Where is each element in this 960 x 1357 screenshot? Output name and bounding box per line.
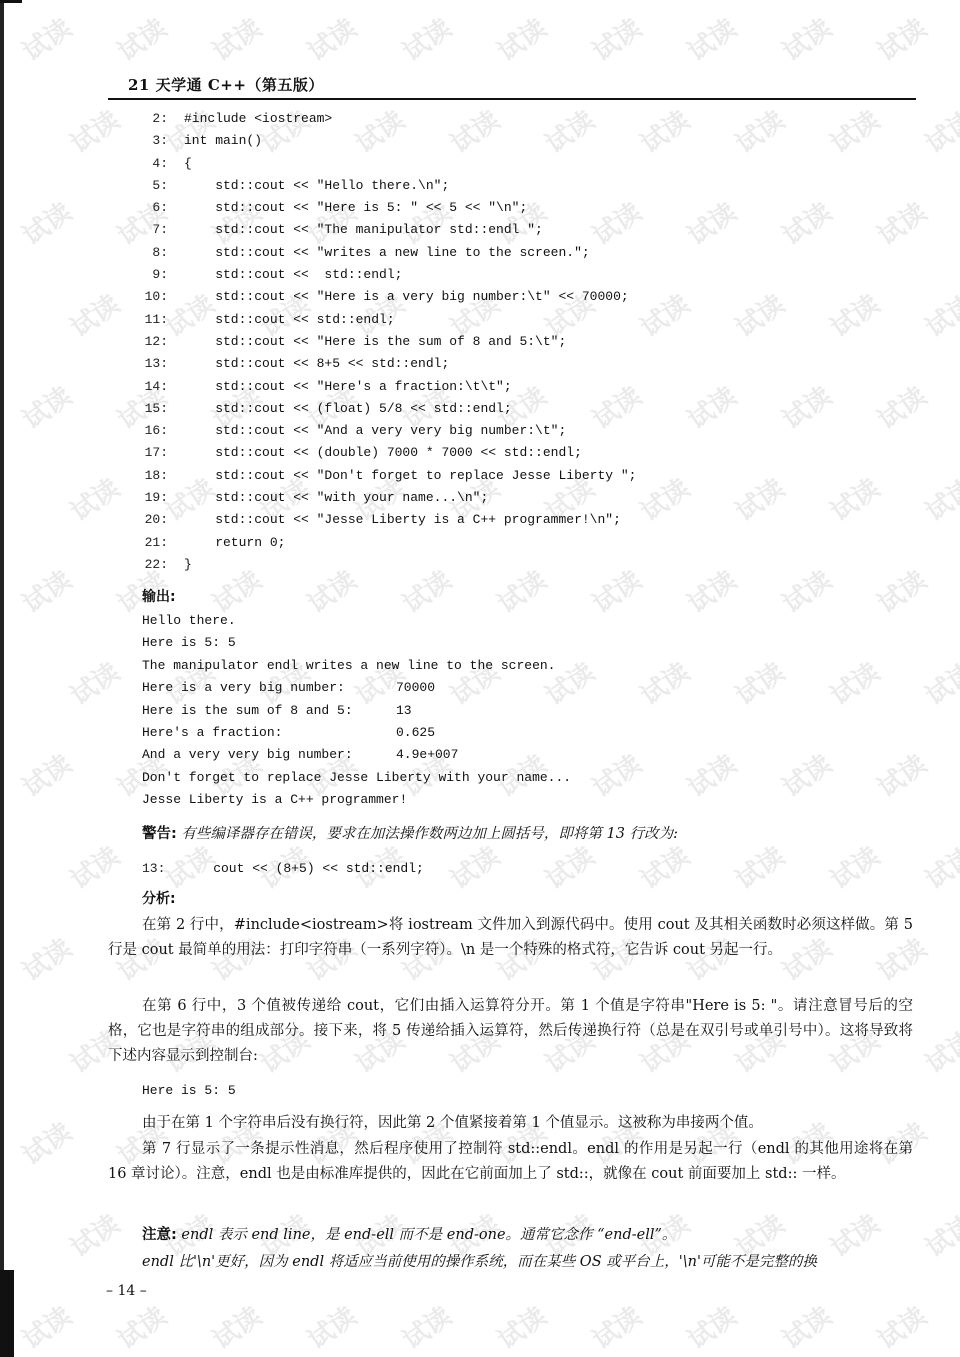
output-value: 70000 — [396, 677, 435, 699]
watermark-text: 试读 — [774, 1296, 838, 1356]
watermark-text: 试读 — [774, 376, 838, 436]
output-line: Here is 5: 5 — [142, 632, 571, 654]
watermark-text: 试读 — [204, 8, 268, 68]
line-number: 8: — [140, 242, 168, 264]
line-number: 10: — [140, 286, 168, 308]
code-line: 21: return 0; — [140, 532, 636, 554]
watermark-text: 试读 — [14, 560, 78, 620]
watermark-text: 试读 — [62, 468, 126, 528]
watermark-text: 试读 — [869, 1296, 933, 1356]
code-text: std::cout << "Don't forget to replace Je… — [184, 465, 636, 487]
code-line: 12: std::cout << "Here is the sum of 8 a… — [140, 331, 636, 353]
watermark-text: 试读 — [14, 192, 78, 252]
watermark-text: 试读 — [632, 836, 696, 896]
line-number: 14: — [140, 376, 168, 398]
watermark-text: 试读 — [62, 100, 126, 160]
output-line: Hello there. — [142, 610, 571, 632]
analysis-paragraph-2: 在第 6 行中，3 个值被传递给 cout，它们由插入运算符分开。第 1 个值是… — [108, 994, 913, 1069]
watermark-text: 试读 — [679, 8, 743, 68]
scan-border-left — [0, 0, 4, 1357]
line-number: 17: — [140, 442, 168, 464]
analysis-paragraph-4: 第 7 行显示了一条提示性消息，然后程序使用了控制符 std::endl。end… — [108, 1137, 913, 1187]
line-number: 6: — [140, 197, 168, 219]
watermark-text: 试读 — [774, 744, 838, 804]
note-text: endl 表示 end line，是 end-ell 而不是 end-one。通… — [177, 1227, 677, 1243]
watermark-text: 试读 — [109, 8, 173, 68]
code-text: #include <iostream> — [184, 108, 332, 130]
scan-border-top — [0, 0, 22, 3]
watermark-text: 试读 — [679, 192, 743, 252]
program-output: Hello there.Here is 5: 5The manipulator … — [142, 610, 571, 812]
output-value: 0.625 — [396, 722, 435, 744]
code-text: cout << (8+5) << std::endl; — [182, 858, 424, 880]
watermark-text: 试读 — [822, 468, 886, 528]
watermark-text: 试读 — [869, 376, 933, 436]
line-number: 9: — [140, 264, 168, 286]
output-label: Don't forget to replace Jesse Liberty wi… — [142, 767, 571, 789]
warning-text: 有些编译器存在错误，要求在加法操作数两边加上圆括号，即将第 13 行改为: — [177, 826, 678, 842]
example-output: Here is 5: 5 — [142, 1083, 236, 1098]
code-line: 20: std::cout << "Jesse Liberty is a C++… — [140, 509, 636, 531]
note-label: 注意: — [142, 1227, 177, 1243]
watermark-text: 试读 — [679, 1296, 743, 1356]
watermark-text: 试读 — [584, 1296, 648, 1356]
code-text: std::cout << (double) 7000 * 7000 << std… — [184, 442, 582, 464]
watermark-text: 试读 — [679, 744, 743, 804]
line-number: 22: — [140, 554, 168, 576]
code-line: 18: std::cout << "Don't forget to replac… — [140, 465, 636, 487]
code-line: 13: std::cout << 8+5 << std::endl; — [140, 353, 636, 375]
warning-code-line: 13: cout << (8+5) << std::endl; — [142, 858, 424, 880]
code-line: 2:#include <iostream> — [140, 108, 636, 130]
watermark-text: 试读 — [14, 928, 78, 988]
watermark-text: 试读 — [632, 468, 696, 528]
watermark-text: 试读 — [822, 284, 886, 344]
watermark-text: 试读 — [62, 836, 126, 896]
code-line: 16: std::cout << "And a very very big nu… — [140, 420, 636, 442]
watermark-text: 试读 — [62, 284, 126, 344]
line-number: 21: — [140, 532, 168, 554]
watermark-text: 试读 — [917, 468, 960, 528]
code-line: 4:{ — [140, 153, 636, 175]
watermark-text: 试读 — [109, 1296, 173, 1356]
watermark-text: 试读 — [14, 376, 78, 436]
watermark-text: 试读 — [14, 1112, 78, 1172]
watermark-text: 试读 — [822, 652, 886, 712]
analysis-paragraph-1: 在第 2 行中，#include<iostream>将 iostream 文件加… — [108, 913, 913, 963]
output-label: Jesse Liberty is a C++ programmer! — [142, 789, 407, 811]
line-number: 5: — [140, 175, 168, 197]
watermark-text: 试读 — [727, 284, 791, 344]
watermark-text: 试读 — [584, 744, 648, 804]
watermark-text: 试读 — [774, 560, 838, 620]
code-line: 6: std::cout << "Here is 5: " << 5 << "\… — [140, 197, 636, 219]
watermark-text: 试读 — [14, 1296, 78, 1356]
watermark-text: 试读 — [632, 284, 696, 344]
watermark-text: 试读 — [917, 1020, 960, 1080]
watermark-text: 试读 — [869, 192, 933, 252]
output-value: 13 — [396, 700, 412, 722]
watermark-text: 试读 — [14, 8, 78, 68]
line-number: 13: — [140, 353, 168, 375]
line-number: 4: — [140, 153, 168, 175]
line-number: 20: — [140, 509, 168, 531]
running-head: 21 天学通 C++（第五版） — [128, 74, 324, 95]
output-label: Here is a very big number: — [142, 677, 396, 699]
output-line: And a very very big number:4.9e+007 — [142, 744, 571, 766]
watermark-text: 试读 — [917, 100, 960, 160]
code-text: return 0; — [184, 532, 285, 554]
output-line: Here's a fraction:0.625 — [142, 722, 571, 744]
watermark-text: 试读 — [869, 8, 933, 68]
line-number: 13: — [142, 858, 172, 880]
watermark-text: 试读 — [679, 376, 743, 436]
output-label: Hello there. — [142, 610, 236, 632]
line-number: 2: — [140, 108, 168, 130]
output-line: Don't forget to replace Jesse Liberty wi… — [142, 767, 571, 789]
code-line: 14: std::cout << "Here's a fraction:\t\t… — [140, 376, 636, 398]
watermark-text: 试读 — [299, 1296, 363, 1356]
output-heading: 输出: — [142, 586, 176, 606]
line-number: 18: — [140, 465, 168, 487]
code-text: std::cout << std::endl; — [184, 264, 402, 286]
output-line: Here is the sum of 8 and 5:13 — [142, 700, 571, 722]
code-text: std::cout << "writes a new line to the s… — [184, 242, 590, 264]
watermark-text: 试读 — [537, 836, 601, 896]
line-number: 11: — [140, 309, 168, 331]
analysis-heading: 分析: — [142, 888, 176, 908]
warning-label: 警告: — [142, 826, 177, 842]
watermark-text: 试读 — [62, 652, 126, 712]
line-number: 3: — [140, 130, 168, 152]
code-text: std::cout << (float) 5/8 << std::endl; — [184, 398, 512, 420]
watermark-text: 试读 — [204, 1296, 268, 1356]
line-number: 12: — [140, 331, 168, 353]
code-text: { — [184, 153, 192, 175]
warning-callout: 警告: 有些编译器存在错误，要求在加法操作数两边加上圆括号，即将第 13 行改为… — [142, 822, 678, 843]
watermark-text: 试读 — [774, 8, 838, 68]
code-text: int main() — [184, 130, 262, 152]
watermark-text: 试读 — [442, 836, 506, 896]
line-number: 19: — [140, 487, 168, 509]
code-line: 9: std::cout << std::endl; — [140, 264, 636, 286]
code-text: std::cout << "Jesse Liberty is a C++ pro… — [184, 509, 621, 531]
output-line: Here is a very big number:70000 — [142, 677, 571, 699]
code-line: 22:} — [140, 554, 636, 576]
code-text: std::cout << 8+5 << std::endl; — [184, 353, 449, 375]
output-label: Here is 5: 5 — [142, 632, 236, 654]
note-continuation: endl 比'\n'更好，因为 endl 将适应当前使用的操作系统，而在某些 O… — [108, 1249, 913, 1276]
watermark-text: 试读 — [14, 744, 78, 804]
code-text: std::cout << "Hello there.\n"; — [184, 175, 449, 197]
code-text: std::cout << "And a very very big number… — [184, 420, 566, 442]
watermark-text: 试读 — [394, 1296, 458, 1356]
output-line: The manipulator endl writes a new line t… — [142, 655, 571, 677]
code-line: 15: std::cout << (float) 5/8 << std::end… — [140, 398, 636, 420]
code-text: std::cout << "Here is the sum of 8 and 5… — [184, 331, 566, 353]
watermark-text: 试读 — [299, 8, 363, 68]
scan-border-bottom — [0, 1270, 14, 1357]
watermark-text: 试读 — [727, 652, 791, 712]
watermark-text: 试读 — [632, 652, 696, 712]
code-line: 10: std::cout << "Here is a very big num… — [140, 286, 636, 308]
output-label: Here is the sum of 8 and 5: — [142, 700, 396, 722]
watermark-text: 试读 — [394, 8, 458, 68]
code-text: std::cout << "Here is 5: " << 5 << "\n"; — [184, 197, 527, 219]
watermark-text: 试读 — [917, 652, 960, 712]
code-line: 11: std::cout << std::endl; — [140, 309, 636, 331]
output-line: Jesse Liberty is a C++ programmer! — [142, 789, 571, 811]
watermark-text: 试读 — [727, 836, 791, 896]
code-line: 19: std::cout << "with your name...\n"; — [140, 487, 636, 509]
watermark-text: 试读 — [917, 1204, 960, 1264]
watermark-text: 试读 — [727, 468, 791, 528]
watermark-text: 试读 — [679, 560, 743, 620]
note-callout: 注意: endl 表示 end line，是 end-ell 而不是 end-o… — [108, 1222, 913, 1249]
watermark-text: 试读 — [917, 284, 960, 344]
code-line: 3:int main() — [140, 130, 636, 152]
code-line: 5: std::cout << "Hello there.\n"; — [140, 175, 636, 197]
output-label: Here's a fraction: — [142, 722, 396, 744]
output-value: 4.9e+007 — [396, 744, 458, 766]
code-listing: 2:#include <iostream>3:int main()4:{5: s… — [140, 108, 636, 576]
code-text: std::cout << "with your name...\n"; — [184, 487, 488, 509]
watermark-text: 试读 — [632, 100, 696, 160]
code-text: } — [184, 554, 192, 576]
analysis-paragraph-3: 由于在第 1 个字符串后没有换行符，因此第 2 个值紧接着第 1 个值显示。这被… — [108, 1111, 913, 1136]
line-number: 7: — [140, 219, 168, 241]
watermark-text: 试读 — [584, 8, 648, 68]
watermark-text: 试读 — [869, 744, 933, 804]
page-number: – 14 – — [106, 1283, 147, 1299]
watermark-text: 试读 — [727, 100, 791, 160]
code-line: 8: std::cout << "writes a new line to th… — [140, 242, 636, 264]
header-rule — [108, 98, 916, 100]
watermark-text: 试读 — [489, 1296, 553, 1356]
code-text: std::cout << "The manipulator std::endl … — [184, 219, 543, 241]
output-label: And a very very big number: — [142, 744, 396, 766]
line-number: 15: — [140, 398, 168, 420]
watermark-text: 试读 — [917, 836, 960, 896]
code-line: 7: std::cout << "The manipulator std::en… — [140, 219, 636, 241]
code-text: std::cout << "Here's a fraction:\t\t"; — [184, 376, 512, 398]
watermark-text: 试读 — [869, 560, 933, 620]
watermark-text: 试读 — [822, 836, 886, 896]
watermark-text: 试读 — [774, 192, 838, 252]
code-text: std::cout << std::endl; — [184, 309, 395, 331]
code-line: 17: std::cout << (double) 7000 * 7000 <<… — [140, 442, 636, 464]
line-number: 16: — [140, 420, 168, 442]
code-text: std::cout << "Here is a very big number:… — [184, 286, 629, 308]
output-label: The manipulator endl writes a new line t… — [142, 655, 555, 677]
watermark-text: 试读 — [822, 100, 886, 160]
watermark-text: 试读 — [489, 8, 553, 68]
